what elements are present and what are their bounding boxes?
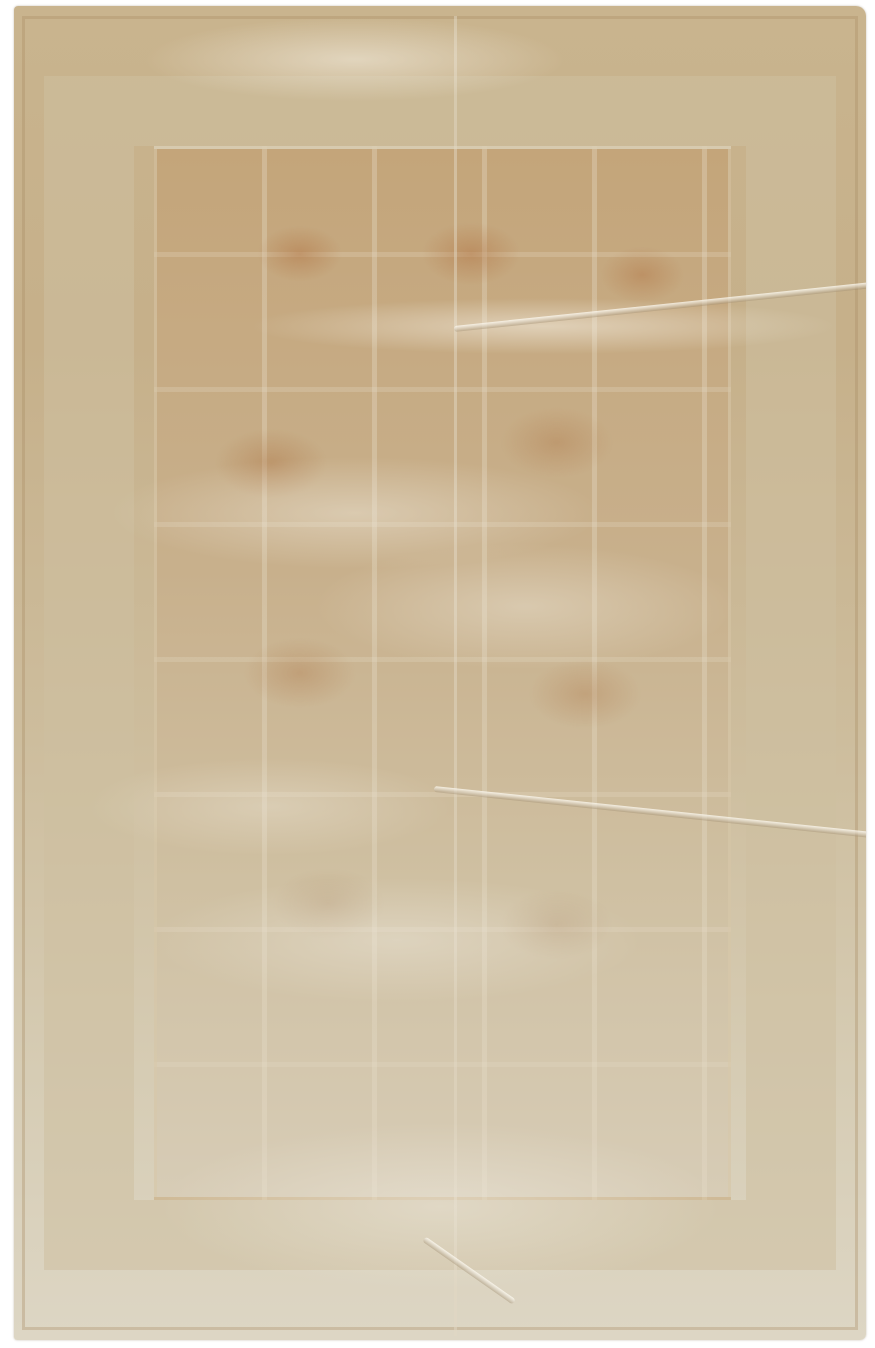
- rug-light-sheen: [14, 6, 866, 1340]
- rug-photo: [14, 6, 866, 1340]
